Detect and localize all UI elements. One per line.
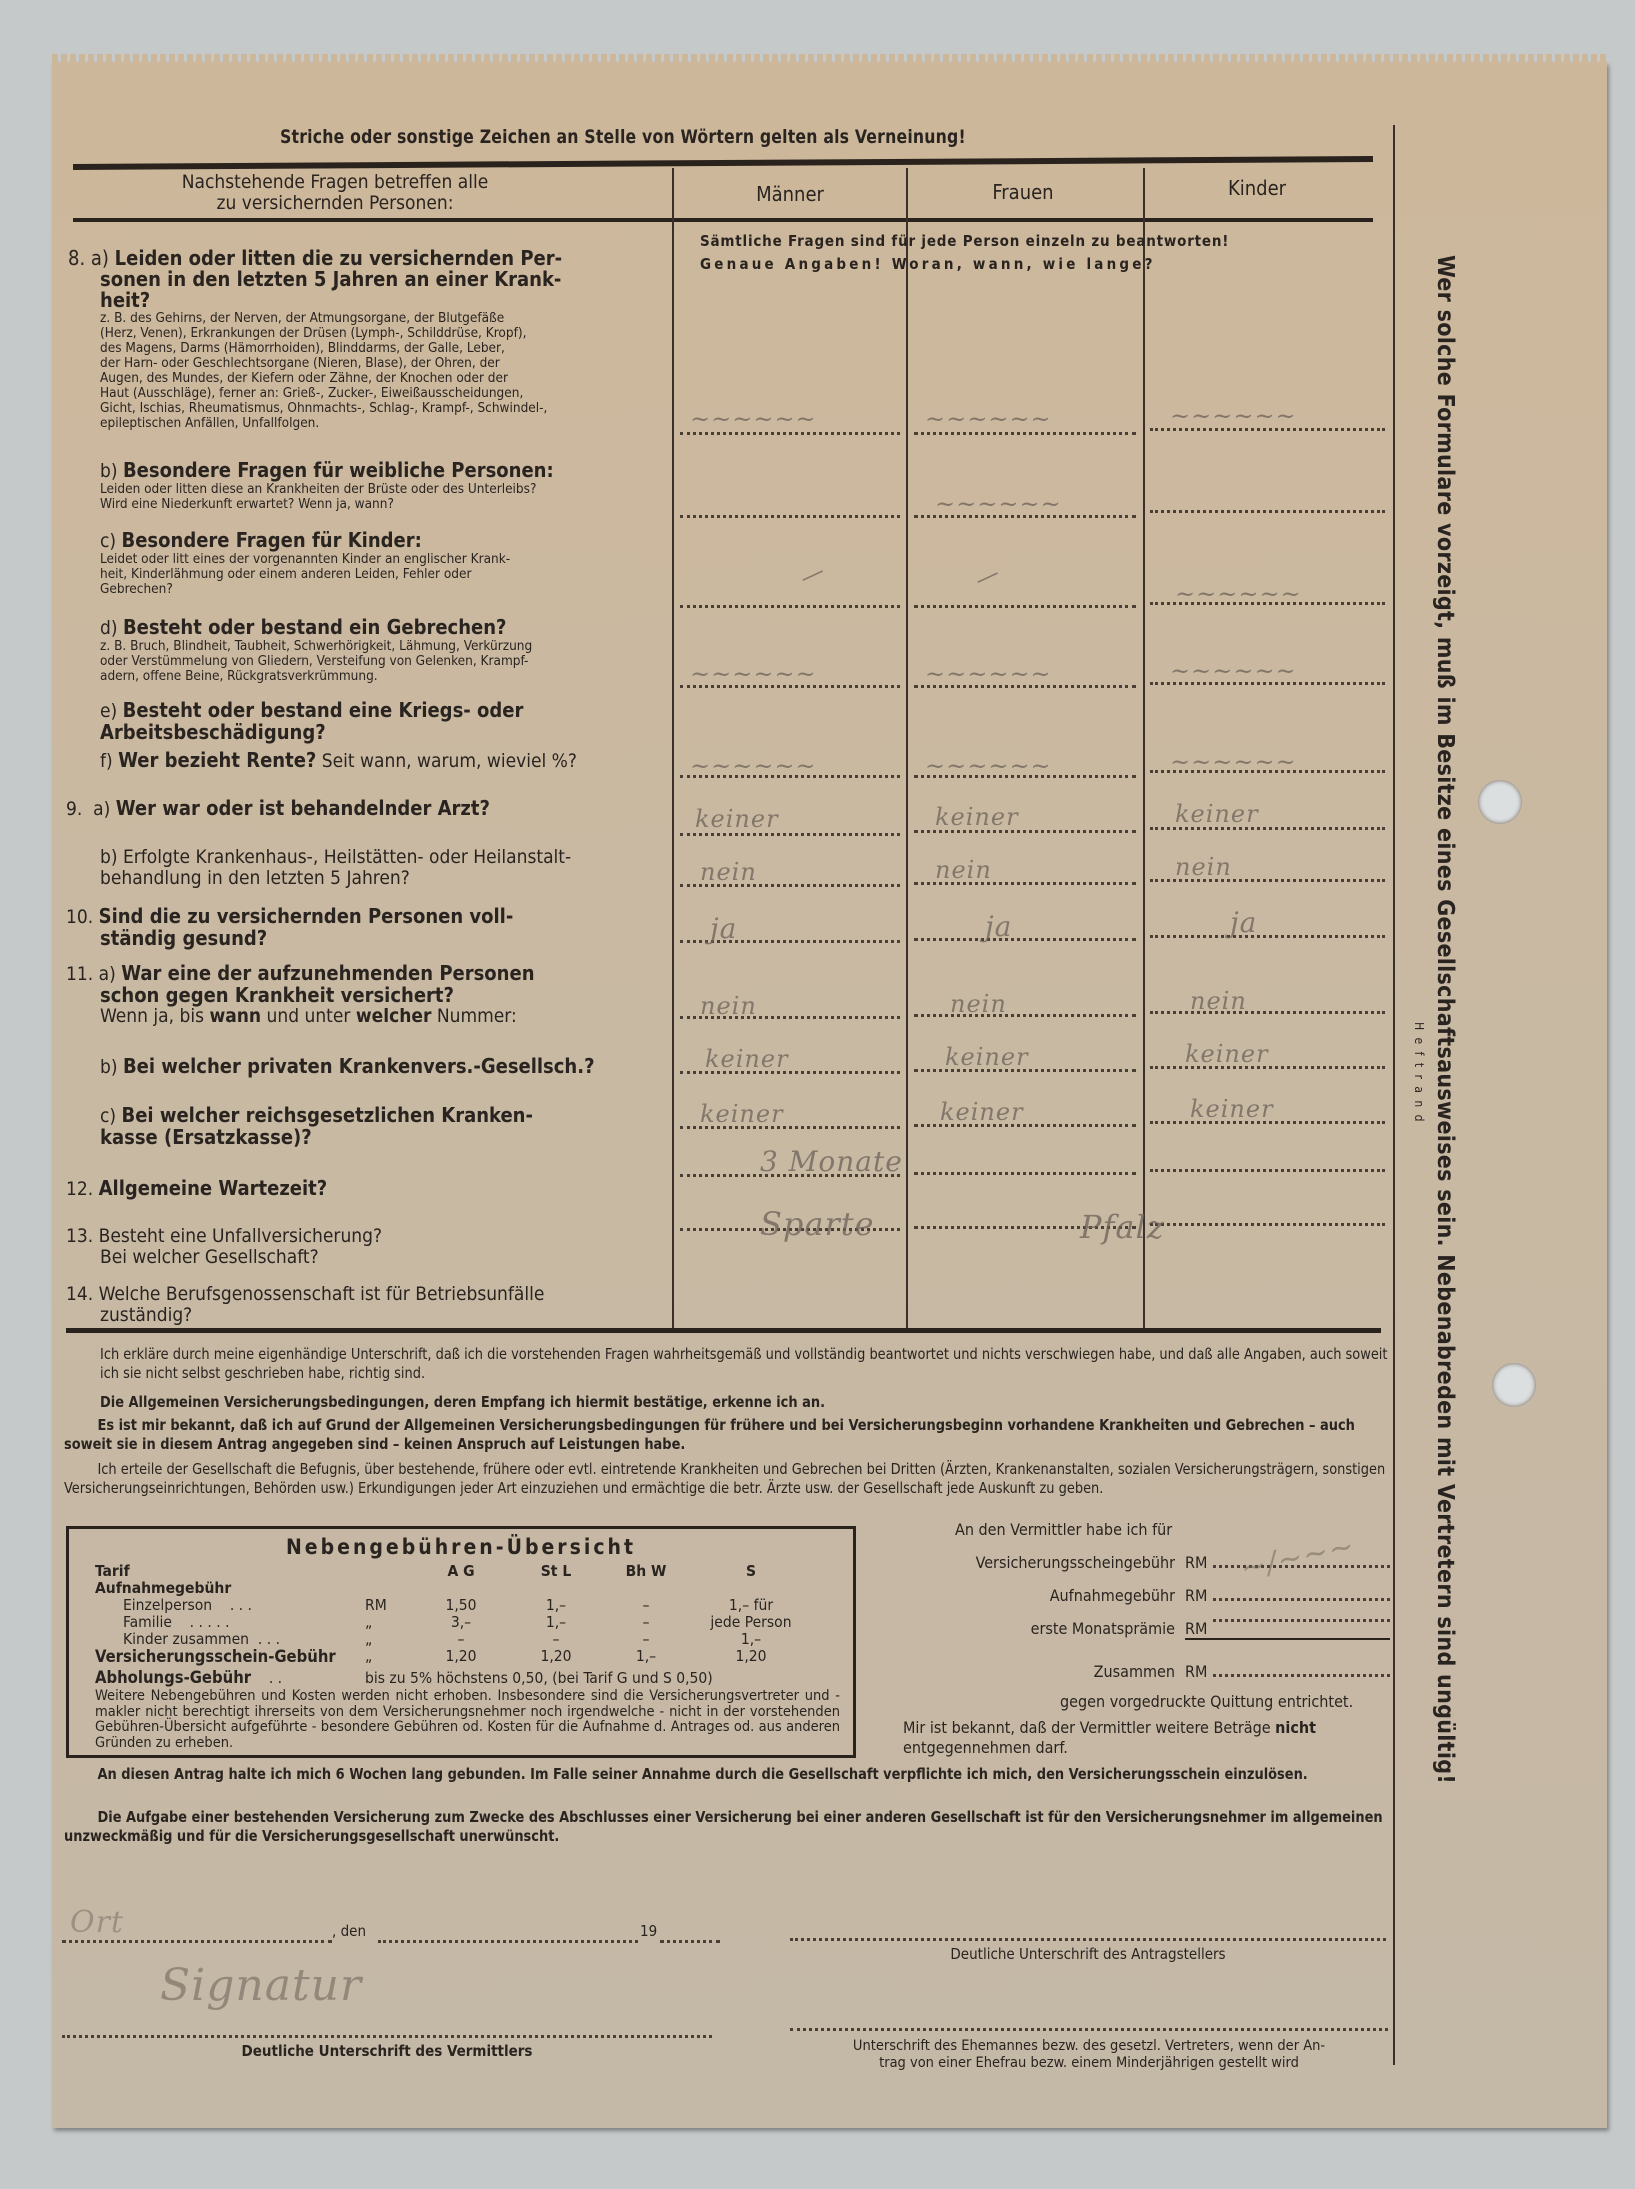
question-11a: 11. a) War eine der aufzunehmenden Perso… — [66, 963, 666, 1027]
termination-warning: Die Aufgabe einer bestehenden Versicheru… — [64, 1808, 1389, 1846]
handwritten-answer: ~~~~~~ — [690, 405, 817, 433]
answer-line[interactable] — [680, 515, 900, 518]
guardian-signature-line[interactable] — [790, 2028, 1388, 2031]
margin-rule — [1393, 125, 1395, 2065]
question-13: 13. Besteht eine Unfallversicherung? Bei… — [66, 1226, 666, 1268]
handwritten-answer: keiner — [940, 1098, 1024, 1126]
fee-table: Tarif A G St L Bh W S Aufnahmegebühr Ein… — [91, 1563, 811, 1687]
handwritten-answer: keiner — [935, 803, 1019, 831]
handwritten-answer: ~~~~~~ — [1175, 580, 1302, 608]
answer-line[interactable] — [914, 1014, 1136, 1017]
applicant-signature-line[interactable] — [790, 1938, 1386, 1941]
handwritten-answer: nein — [700, 992, 757, 1020]
answer-line[interactable] — [914, 938, 1136, 941]
question-9b: b) Erfolgte Krankenhaus-, Heilstätten- o… — [100, 847, 665, 889]
heftrand-label: H e f t r a n d — [1412, 1022, 1426, 1124]
punch-hole — [1478, 780, 1522, 824]
question-10: 10. Sind die zu versichernden Personen v… — [66, 906, 666, 949]
date-input[interactable] — [378, 1940, 638, 1943]
fee-overview-box: Nebengebühren-Übersicht Tarif A G St L B… — [66, 1526, 856, 1758]
fee-row: Einzelperson . . . RM 1,50 1,– – 1,– für — [91, 1597, 811, 1614]
handwritten-answer: ~~~~~~ — [690, 752, 817, 780]
column-divider — [1143, 168, 1145, 1328]
negation-notice: Striche oder sonstige Zeichen an Stelle … — [280, 126, 966, 148]
handwritten-answer: 3 Monate — [760, 1145, 903, 1178]
fee-row: Familie . . . . . „ 3,– 1,– – jede Perso… — [91, 1614, 811, 1631]
handwritten-answer: ~~~~~~ — [1170, 402, 1297, 430]
handwritten-answer: ja — [710, 912, 737, 945]
guardian-signature-label: Unterschrift des Ehemannes bezw. des ges… — [790, 2038, 1388, 2072]
question-11c: c) Bei welcher reichsgesetzlichen Kranke… — [100, 1105, 665, 1148]
column-divider — [906, 168, 908, 1328]
agent-payment-note: Mir ist bekannt, daß der Vermittler weit… — [903, 1718, 1388, 1758]
question-8a: 8. a) Leiden oder litten die zu versiche… — [68, 248, 663, 431]
date-label: , den — [332, 1922, 366, 1940]
question-12: 12. Allgemeine Wartezeit? — [66, 1178, 666, 1200]
margin-vertical-notice: Wer solche Formulare vorzeigt, muß im Be… — [1432, 255, 1458, 1915]
answer-line[interactable] — [914, 605, 1136, 608]
handwritten-answer: keiner — [1190, 1095, 1274, 1123]
handwritten-answer: keiner — [695, 805, 779, 833]
handwritten-answer: ~~~~~~ — [925, 752, 1052, 780]
payment-lines: Versicherungsscheingebühr RM Aufnahmegeb… — [900, 1553, 1390, 1692]
handwritten-answer: nein — [1190, 987, 1247, 1015]
question-8c: c) Besondere Fragen für Kinder: Leidet o… — [100, 530, 665, 597]
divider — [73, 218, 1373, 222]
answer-line[interactable] — [914, 1172, 1136, 1175]
instruction-line-1: Sämtliche Fragen sind für jede Person ei… — [700, 232, 1229, 250]
answer-line[interactable] — [680, 605, 900, 608]
handwritten-answer: nein — [1175, 853, 1232, 881]
column-divider — [672, 168, 674, 1328]
receipt-note: gegen vorgedruckte Quittung entrichtet. — [1060, 1692, 1353, 1711]
total-input[interactable] — [1213, 1674, 1390, 1677]
answer-line[interactable] — [680, 833, 900, 836]
declaration-preexisting: Es ist mir bekannt, daß ich auf Grund de… — [64, 1416, 1389, 1454]
fee-row: Versicherungsschein-Gebühr „ 1,20 1,20 1… — [91, 1648, 811, 1665]
handwritten-answer: ~~~~~~ — [935, 490, 1062, 518]
question-9a: 9. a) Wer war oder ist behandelnder Arzt… — [66, 798, 666, 820]
question-8d: d) Besteht oder bestand ein Gebrechen? z… — [100, 617, 665, 684]
fee-input[interactable] — [1213, 1619, 1390, 1622]
question-number: 8. — [68, 246, 85, 270]
question-column-header: Nachstehende Fragen betreffen alle zu ve… — [120, 172, 550, 214]
answer-line[interactable] — [1150, 935, 1385, 938]
handwritten-answer: ~~~~~~ — [690, 660, 817, 688]
handwritten-answer: nein — [700, 858, 757, 886]
question-8e: e) Besteht oder bestand eine Kriegs- ode… — [100, 700, 665, 743]
question-11b: b) Bei welcher privaten Krankenvers.-Ges… — [100, 1056, 665, 1078]
place-input[interactable] — [62, 1940, 332, 1943]
question-8f: f) Wer bezieht Rente? Seit wann, warum, … — [100, 750, 665, 772]
year-input[interactable] — [660, 1940, 720, 1943]
handwritten-answer: ja — [1230, 906, 1257, 939]
handwritten-answer: Pfalz — [1080, 1208, 1165, 1246]
handwritten-answer: ~~~~~~ — [1170, 657, 1297, 685]
agent-signature-line[interactable] — [62, 2035, 712, 2038]
handwritten-answer: keiner — [945, 1043, 1029, 1071]
payment-intro: An den Vermittler habe ich für — [955, 1520, 1172, 1539]
place-handwritten: Ort — [70, 1905, 124, 1940]
binding-period-note: An diesen Antrag halte ich mich 6 Wochen… — [64, 1765, 1389, 1784]
fee-input[interactable] — [1213, 1598, 1390, 1601]
handwritten-answer: keiner — [1175, 800, 1259, 828]
fee-row: Kinder zusammen . . . „ – – – 1,– — [91, 1631, 811, 1648]
question-8b: b) Besondere Fragen für weibliche Person… — [100, 460, 665, 512]
answer-line[interactable] — [1150, 510, 1385, 513]
fee-note: Weitere Nebengebühren und Kosten werden … — [95, 1689, 840, 1751]
column-header-children: Kinder — [1142, 176, 1372, 200]
question-14: 14. Welche Berufsgenossenschaft ist für … — [66, 1284, 666, 1326]
answer-line[interactable] — [1150, 1011, 1385, 1014]
handwritten-answer: ~~~~~~ — [925, 405, 1052, 433]
handwritten-answer: ja — [985, 910, 1012, 943]
punch-hole — [1492, 1363, 1536, 1407]
handwritten-answer: keiner — [705, 1045, 789, 1073]
column-header-women: Frauen — [908, 180, 1138, 204]
handwritten-answer: keiner — [700, 1100, 784, 1128]
agent-signature-label: Deutliche Unterschrift des Vermittlers — [62, 2042, 712, 2060]
agent-signature: Signatur — [160, 1960, 362, 2011]
fee-row: Abholungs-Gebühr . . bis zu 5% höchstens… — [91, 1665, 811, 1687]
applicant-signature-label: Deutliche Unterschrift des Antragsteller… — [790, 1945, 1386, 1963]
year-prefix: 19 — [640, 1922, 657, 1940]
handwritten-answer: keiner — [1185, 1040, 1269, 1068]
handwritten-answer: nein — [935, 856, 992, 884]
declaration-authorization: Ich erteile der Gesellschaft die Befugni… — [64, 1460, 1389, 1498]
answer-line[interactable] — [1150, 1169, 1385, 1172]
handwritten-answer: nein — [950, 990, 1007, 1018]
handwritten-answer: Sparte — [760, 1205, 875, 1243]
declaration-truthfulness: Ich erkläre durch meine eigenhändige Unt… — [100, 1345, 1393, 1383]
column-header-men: Männer — [675, 182, 905, 206]
fee-overview-title: Nebengebühren-Übersicht — [69, 1535, 853, 1559]
instruction-line-2: Genaue Angaben! Woran, wann, wie lange? — [700, 255, 1156, 273]
handwritten-answer: ~~~~~~ — [925, 660, 1052, 688]
divider — [66, 1328, 1381, 1333]
handwritten-answer: ~~~~~~ — [1170, 748, 1297, 776]
declaration-conditions: Die Allgemeinen Versicherungsbedingungen… — [100, 1393, 1393, 1412]
answer-line[interactable] — [1150, 1223, 1385, 1226]
